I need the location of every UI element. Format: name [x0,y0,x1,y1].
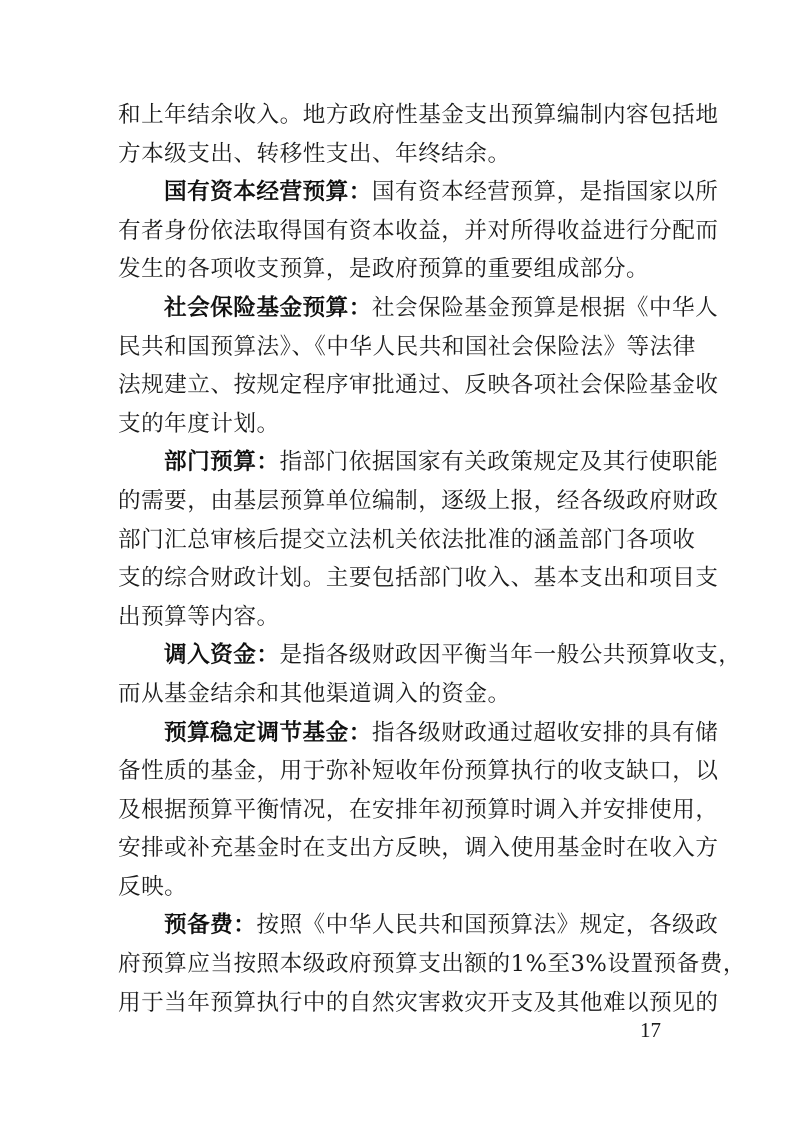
text-line: 民共和国预算法》、《中华人民共和国社会保险法》等法律 [118,328,674,367]
text-line: 法规建立、按规定程序审批通过、反映各项社会保险基金收 [118,366,674,405]
term-heading: 社会保险基金预算： [164,295,372,321]
page-number: 17 [640,1018,661,1043]
definition-text: 是指各级财政因平衡当年一般公共预算收支， [279,642,741,668]
text-line: 出预算等内容。 [118,598,674,637]
paragraph-local-fund-expenditure: 和上年结余收入。地方政府性基金支出预算编制内容包括地 方本级支出、转移性支出、年… [118,96,674,173]
text-line: 方本级支出、转移性支出、年终结余。 [118,135,674,174]
text-line: 支的年度计划。 [118,405,674,444]
text-line: 用于当年预算执行中的自然灾害救灾开支及其他难以预见的 [118,984,674,1023]
text-line: 支的综合财政计划。主要包括部门收入、基本支出和项目支 [118,559,674,598]
term-heading: 预算稳定调节基金： [164,720,372,746]
term-heading: 调入资金： [164,642,279,668]
text-line: 反映。 [118,868,674,907]
term-heading: 国有资本经营预算： [164,179,372,205]
text-line: 府预算应当按照本级政府预算支出额的1%至3%设置预备费， [118,945,674,984]
paragraph-transferred-funds: 调入资金：是指各级财政因平衡当年一般公共预算收支， 而从基金结余和其他渠道调入的… [118,636,674,713]
term-heading: 部门预算： [164,449,279,475]
text-line: 而从基金结余和其他渠道调入的资金。 [118,675,674,714]
text-line: 及根据预算平衡情况，在安排年初预算时调入并安排使用， [118,791,674,830]
definition-text: 社会保险基金预算是根据《中华人 [372,295,718,321]
text-line: 国有资本经营预算：国有资本经营预算，是指国家以所 [118,173,674,212]
document-page: 和上年结余收入。地方政府性基金支出预算编制内容包括地 方本级支出、转移性支出、年… [118,96,674,1022]
text-line: 和上年结余收入。地方政府性基金支出预算编制内容包括地 [118,96,674,135]
definition-text: 指各级财政通过超收安排的具有储 [372,720,718,746]
paragraph-department-budget: 部门预算：指部门依据国家有关政策规定及其行使职能 的需要，由基层预算单位编制，逐… [118,443,674,636]
definition-text: 国有资本经营预算，是指国家以所 [372,179,718,205]
text-line: 预算稳定调节基金：指各级财政通过超收安排的具有储 [118,714,674,753]
text-line: 的需要，由基层预算单位编制，逐级上报，经各级政府财政 [118,482,674,521]
text-line: 发生的各项收支预算，是政府预算的重要组成部分。 [118,250,674,289]
text-line: 社会保险基金预算：社会保险基金预算是根据《中华人 [118,289,674,328]
paragraph-reserve-fund: 预备费：按照《中华人民共和国预算法》规定，各级政 府预算应当按照本级政府预算支出… [118,906,674,1022]
definition-text: 按照《中华人民共和国预算法》规定，各级政 [256,912,718,938]
text-line: 部门汇总审核后提交立法机关依法批准的涵盖部门各项收 [118,521,674,560]
paragraph-social-insurance-budget: 社会保险基金预算：社会保险基金预算是根据《中华人 民共和国预算法》、《中华人民共… [118,289,674,443]
text-line: 部门预算：指部门依据国家有关政策规定及其行使职能 [118,443,674,482]
paragraph-budget-stabilization-fund: 预算稳定调节基金：指各级财政通过超收安排的具有储 备性质的基金，用于弥补短收年份… [118,714,674,907]
text-line: 预备费：按照《中华人民共和国预算法》规定，各级政 [118,906,674,945]
text-line: 有者身份依法取得国有资本收益，并对所得收益进行分配而 [118,212,674,251]
text-line: 安排或补充基金时在支出方反映，调入使用基金时在收入方 [118,829,674,868]
text-line: 备性质的基金，用于弥补短收年份预算执行的收支缺口，以 [118,752,674,791]
definition-text: 指部门依据国家有关政策规定及其行使职能 [279,449,718,475]
paragraph-state-capital-budget: 国有资本经营预算：国有资本经营预算，是指国家以所 有者身份依法取得国有资本收益，… [118,173,674,289]
term-heading: 预备费： [164,912,256,938]
text-line: 调入资金：是指各级财政因平衡当年一般公共预算收支， [118,636,674,675]
